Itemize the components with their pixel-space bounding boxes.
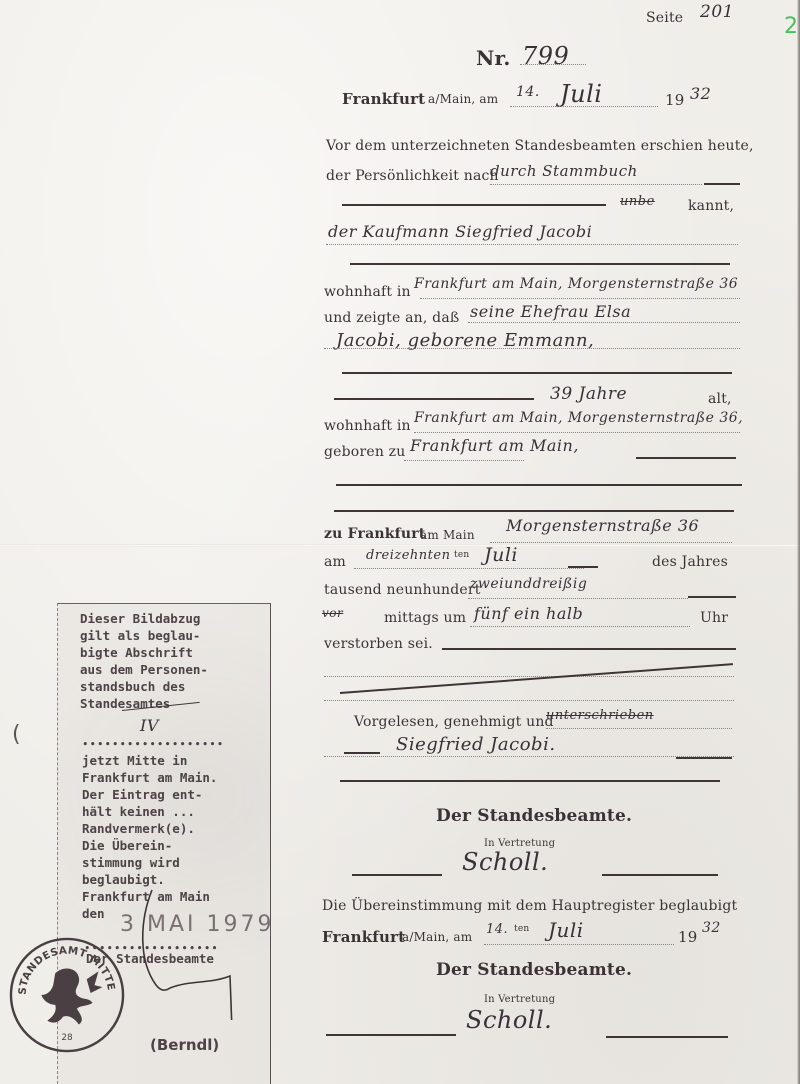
cert-day: 14. (486, 922, 508, 937)
age-label: alt, (708, 391, 732, 407)
fill-rule (602, 874, 718, 876)
time-label: mittags um (384, 610, 466, 626)
death-time: fünf ein halb (474, 604, 583, 623)
dotted-line (324, 676, 734, 677)
stamp-officer-name: (Berndl) (150, 1036, 219, 1054)
city: Frankfurt (342, 90, 425, 108)
struck-vor: vor (322, 606, 343, 620)
date-day: 14. (516, 84, 540, 100)
fill-rule (676, 757, 732, 759)
stamp-line: Die Überein- (82, 837, 217, 854)
deceased-residence-label: wohnhaft in (324, 418, 411, 434)
dotted-line (324, 348, 740, 349)
entry-number: 799 (522, 42, 569, 70)
stamp-line: Der Eintrag ent- (82, 786, 217, 803)
dotted-line (484, 944, 674, 945)
page-label: Seite (646, 10, 683, 26)
lion-icon (41, 969, 102, 1025)
stamp-signature-stroke (130, 880, 240, 1020)
fill-rule (606, 1036, 728, 1038)
officer-signature: Scholl. (462, 848, 548, 876)
dotted-line (326, 244, 738, 245)
death-month: Juli (484, 544, 518, 566)
stamp-line: aus dem Personen- (80, 661, 208, 678)
cert-officer-signature: Scholl. (466, 1006, 552, 1034)
known-label: kannt, (688, 198, 734, 214)
fill-rule (350, 263, 730, 265)
dotted-line (490, 542, 732, 543)
informant-signature: Siegfried Jacobi. (396, 734, 556, 755)
entry-number-label: Nr. (476, 46, 511, 70)
age-handwritten: 39 Jahre (550, 384, 627, 404)
residence-label: wohnhaft in (324, 284, 411, 300)
deceased-residence: Frankfurt am Main, Morgensternstraße 36, (414, 410, 743, 426)
dotted-line (490, 184, 702, 185)
certification-line: Die Übereinstimmung mit dem Hauptregiste… (322, 898, 737, 914)
cert-officer-title: Der Standesbeamte. (436, 960, 632, 980)
death-day: dreizehnten (366, 548, 450, 563)
dotted-line (324, 756, 734, 757)
fill-rule (636, 457, 736, 459)
signed-handwritten: unterschrieben (546, 708, 654, 723)
dotted-line (520, 64, 586, 65)
paper-fold-line (0, 544, 800, 547)
deceased-relation: seine Ehefrau Elsa (470, 302, 631, 321)
stamp-line: Dieser Bildabzug (80, 610, 208, 627)
dotted-line (324, 700, 734, 701)
fill-rule (336, 484, 742, 486)
stamp-line: Frankfurt am Main. (82, 769, 217, 786)
dotted-line (468, 322, 740, 323)
fill-rule (568, 566, 598, 568)
cert-year-prefix: 19 (678, 928, 698, 946)
dotted-line (420, 298, 740, 299)
fill-rule (326, 1034, 456, 1036)
dotted-line (510, 106, 658, 107)
cert-ordinal: ten (514, 924, 529, 934)
ordinal-suffix: ten (454, 550, 469, 560)
death-place-label: zu Frankfurt (324, 526, 425, 542)
stamp-line: jetzt Mitte in (82, 752, 217, 769)
identity-handwritten: durch Stammbuch (490, 162, 638, 180)
died-label: verstorben sei. (324, 636, 433, 652)
report-label: und zeigte an, daß (324, 310, 459, 326)
dotted-line (546, 728, 732, 729)
death-year-handwritten: zweiunddreißig (470, 576, 587, 592)
fill-rule (342, 372, 732, 374)
official-seal-icon: STANDESAMT MITTE IN FRANKFURT A.M. 28 (8, 936, 126, 1054)
birthplace-label: geboren zu (324, 444, 405, 460)
millennium-label: tausend neunhundert (324, 582, 481, 598)
hour-label: Uhr (700, 610, 728, 626)
year-suffix: 32 (690, 84, 711, 103)
date-month: Juli (560, 80, 602, 108)
stamp-line: Randvermerk(e). (82, 820, 217, 837)
officer-title: Der Standesbeamte. (400, 806, 676, 826)
margin-bracket: ( (12, 722, 21, 747)
cert-deputy-label: In Vertretung (484, 994, 555, 1005)
page-number: 201 (700, 2, 734, 22)
cert-city-suffix: a/Main, am (402, 930, 472, 944)
dotted-line (354, 568, 584, 569)
struck-prefix: unbe (620, 194, 655, 209)
year-label: des Jahres (652, 554, 728, 570)
cert-year-suffix: 32 (702, 920, 721, 936)
fill-rule (344, 752, 380, 754)
fill-rule (342, 204, 606, 206)
city-suffix: a/Main, am (428, 92, 498, 106)
stamp-text-top: Dieser Bildabzug gilt als beglau- bigte … (80, 610, 208, 712)
margin-mark: 2 (784, 14, 798, 39)
stamp-dot-row: ••••••••••••••••••• (82, 738, 224, 751)
dotted-line (468, 598, 688, 599)
informant-name: der Kaufmann Siegfried Jacobi (328, 222, 592, 241)
stamp-line: standsbuch des (80, 678, 208, 695)
fill-rule (340, 780, 720, 782)
seal-number: 28 (61, 1033, 73, 1043)
roman-numeral: IV (140, 716, 159, 735)
dotted-line (414, 432, 740, 433)
fill-rule (704, 183, 740, 185)
stamp-line: gilt als beglau- (80, 627, 208, 644)
fill-rule (334, 510, 734, 512)
birthplace-handwritten: Frankfurt am Main, (410, 436, 579, 455)
fill-rule (688, 596, 736, 598)
stamp-line: hält keinen ... (82, 803, 217, 820)
dotted-line (470, 626, 690, 627)
intro-line: Vor dem unterzeichneten Standesbeamten e… (326, 138, 754, 154)
stamp-line: stimmung wird (82, 854, 217, 871)
fill-rule (352, 874, 442, 876)
residence-handwritten: Frankfurt am Main, Morgensternstraße 36 (414, 276, 738, 292)
death-place-handwritten: Morgensternstraße 36 (506, 516, 699, 535)
year-prefix: 19 (665, 91, 685, 109)
cert-city: Frankfurt (322, 928, 405, 946)
stamp-line: bigte Abschrift (80, 644, 208, 661)
fill-rule (442, 648, 736, 650)
read-approved-label: Vorgelesen, genehmigt und (354, 714, 554, 730)
dotted-line (404, 460, 524, 461)
date-label: am (324, 554, 346, 570)
death-place-label-b: am Main (420, 528, 475, 542)
fill-rule (334, 398, 534, 400)
cert-month: Juli (548, 918, 584, 942)
identity-label: der Persönlichkeit nach (326, 168, 499, 184)
